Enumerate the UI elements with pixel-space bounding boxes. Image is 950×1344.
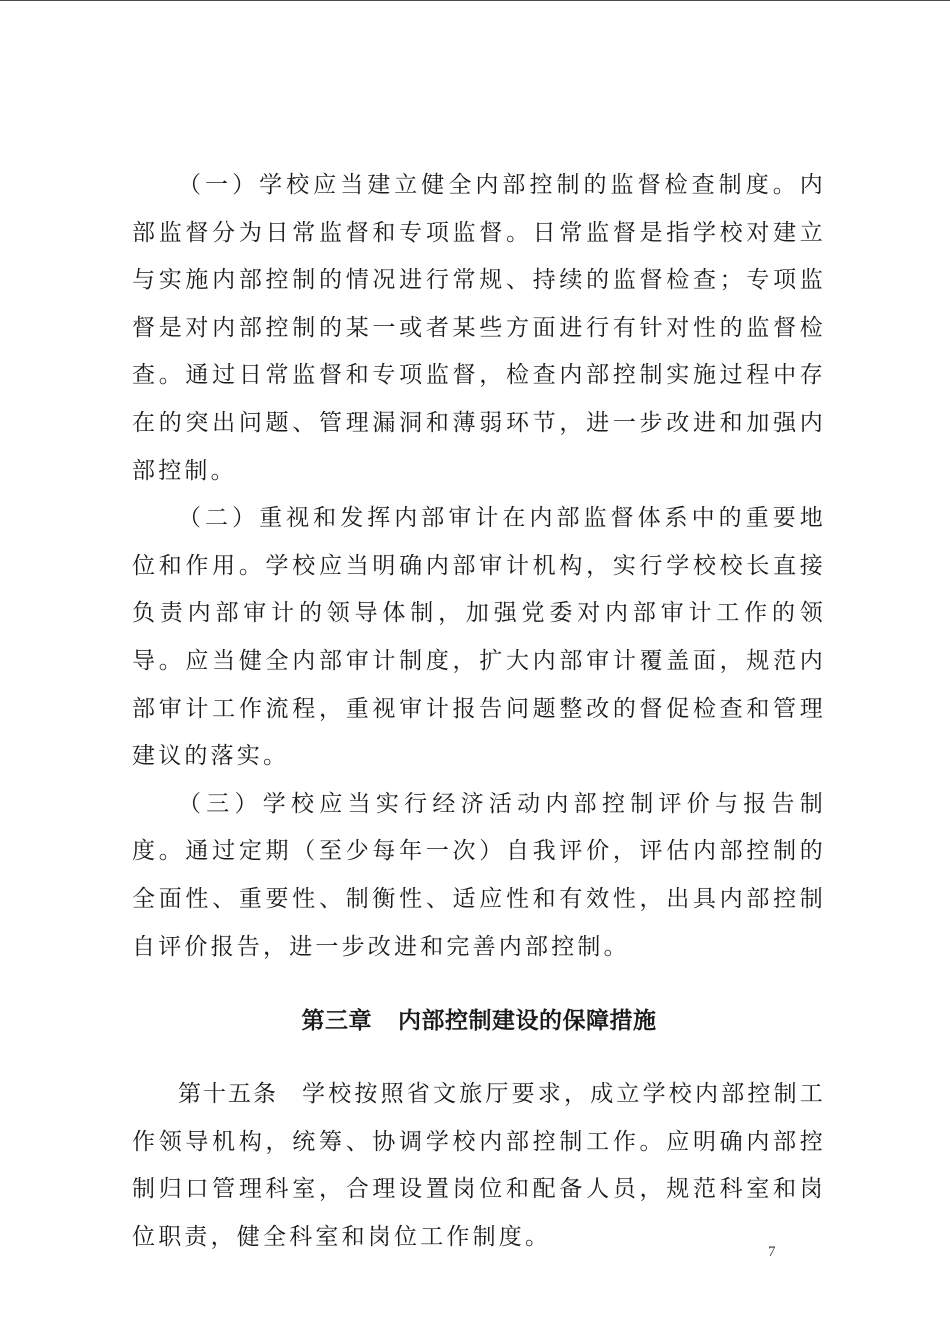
paragraph-evaluation-report: （三）学校应当实行经济活动内部控制评价与报告制度。通过定期（至少每年一次）自我评…	[132, 781, 826, 971]
paragraph-internal-supervision: （一）学校应当建立健全内部控制的监督检查制度。内部监督分为日常监督和专项监督。日…	[132, 162, 826, 495]
paragraph-internal-audit: （二）重视和发挥内部审计在内部监督体系中的重要地位和作用。学校应当明确内部审计机…	[132, 495, 826, 781]
chapter-heading: 第三章内部控制建设的保障措施	[132, 971, 826, 1071]
chapter-title: 内部控制建设的保障措施	[398, 1008, 657, 1034]
page-number: 7	[768, 1244, 776, 1261]
article-label: 第十五条	[178, 1081, 278, 1107]
article-fifteen: 第十五条学校按照省文旅厅要求，成立学校内部控制工作领导机构，统筹、协调学校内部控…	[132, 1071, 826, 1261]
top-border-line	[0, 0, 950, 1]
chapter-number: 第三章	[302, 1008, 373, 1034]
document-page: （一）学校应当建立健全内部控制的监督检查制度。内部监督分为日常监督和专项监督。日…	[132, 162, 826, 1261]
